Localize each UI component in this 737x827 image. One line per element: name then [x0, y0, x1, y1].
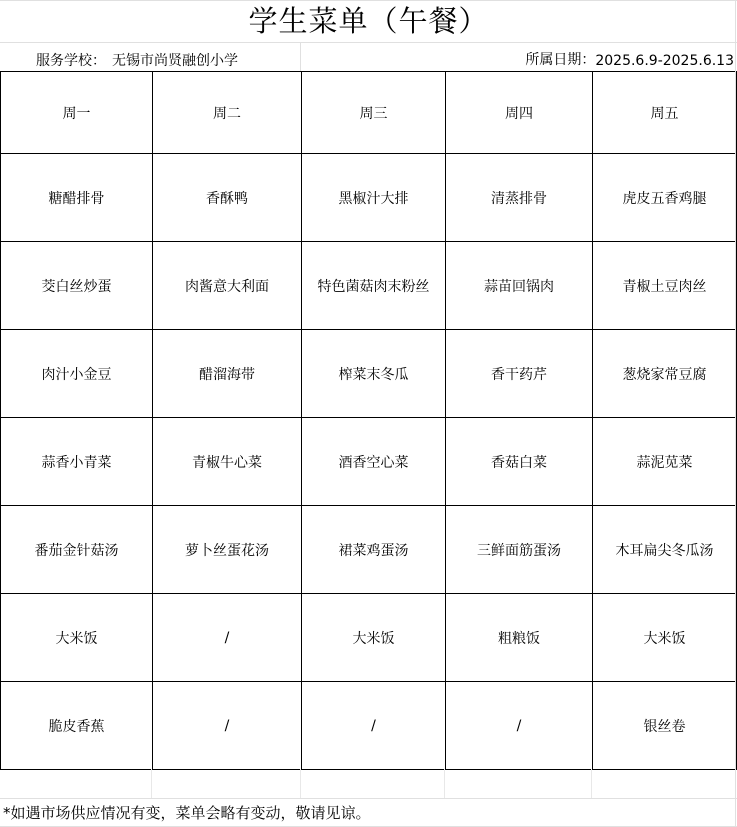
- menu-cell: 银丝卷: [593, 682, 737, 770]
- menu-cell: 虎皮五香鸡腿: [593, 154, 737, 242]
- menu-row-side1: 茭白丝炒蛋 肉酱意大利面 特色菌菇肉末粉丝 蒜苗回锅肉 青椒土豆肉丝: [1, 242, 737, 330]
- school-name: 无锡市尚贤融创小学: [112, 50, 238, 70]
- empty-cell: [301, 769, 445, 798]
- empty-cell: [152, 769, 301, 798]
- date-label: 所属日期：: [525, 49, 595, 69]
- menu-row-side2: 肉汁小金豆 醋溜海带 榨菜末冬瓜 香干药芹 葱烧家常豆腐: [1, 330, 737, 418]
- info-row: 服务学校： 无锡市尚贤融创小学 所属日期： 2025.6.9-2025.6.13: [0, 43, 737, 71]
- school-info: 服务学校： 无锡市尚贤融创小学: [0, 43, 301, 71]
- menu-cell: /: [446, 682, 593, 770]
- empty-cell: [445, 769, 592, 798]
- menu-cell: 大米饭: [1, 594, 153, 682]
- menu-cell: 茭白丝炒蛋: [1, 242, 153, 330]
- menu-cell: 粗粮饭: [446, 594, 593, 682]
- empty-cell: [0, 769, 152, 798]
- page-title: 学生菜单（午餐）: [248, 7, 488, 36]
- footnote: *如遇市场供应情况有变，菜单会略有变动，敬请见谅。: [0, 799, 737, 827]
- menu-cell: 醋溜海带: [153, 330, 302, 418]
- menu-cell: 青椒土豆肉丝: [593, 242, 737, 330]
- menu-cell: 肉汁小金豆: [1, 330, 153, 418]
- day-header-row: 周一 周二 周三 周四 周五: [1, 72, 737, 154]
- menu-cell: 三鲜面筋蛋汤: [446, 506, 593, 594]
- menu-cell: 番茄金针菇汤: [1, 506, 153, 594]
- date-info: 所属日期： 2025.6.9-2025.6.13: [301, 43, 737, 71]
- menu-cell: 大米饭: [593, 594, 737, 682]
- menu-cell: 大米饭: [302, 594, 446, 682]
- menu-cell: 清蒸排骨: [446, 154, 593, 242]
- day-header-tue: 周二: [153, 72, 302, 154]
- menu-cell: /: [153, 682, 302, 770]
- menu-row-main: 糖醋排骨 香酥鸭 黑椒汁大排 清蒸排骨 虎皮五香鸡腿: [1, 154, 737, 242]
- menu-cell: 特色菌菇肉末粉丝: [302, 242, 446, 330]
- sheet-right-gridline: [735, 0, 736, 827]
- school-label: 服务学校：: [36, 50, 106, 70]
- menu-cell: 木耳扁尖冬瓜汤: [593, 506, 737, 594]
- menu-row-snack: 脆皮香蕉 / / / 银丝卷: [1, 682, 737, 770]
- menu-cell: /: [302, 682, 446, 770]
- menu-cell: 蒜苗回锅肉: [446, 242, 593, 330]
- menu-cell: 青椒牛心菜: [153, 418, 302, 506]
- title-row: 学生菜单（午餐）: [0, 0, 737, 43]
- menu-cell: 葱烧家常豆腐: [593, 330, 737, 418]
- menu-row-staple: 大米饭 / 大米饭 粗粮饭 大米饭: [1, 594, 737, 682]
- menu-table: 周一 周二 周三 周四 周五 糖醋排骨 香酥鸭 黑椒汁大排 清蒸排骨 虎皮五香鸡…: [0, 71, 737, 770]
- menu-cell: 糖醋排骨: [1, 154, 153, 242]
- day-header-wed: 周三: [302, 72, 446, 154]
- menu-cell: 蒜泥苋菜: [593, 418, 737, 506]
- menu-cell: 酒香空心菜: [302, 418, 446, 506]
- menu-cell: 萝卜丝蛋花汤: [153, 506, 302, 594]
- menu-cell: 蒜香小青菜: [1, 418, 153, 506]
- menu-cell: /: [153, 594, 302, 682]
- date-range: 2025.6.9-2025.6.13: [595, 53, 734, 69]
- menu-cell: 榨菜末冬瓜: [302, 330, 446, 418]
- day-header-thu: 周四: [446, 72, 593, 154]
- menu-row-soup: 番茄金针菇汤 萝卜丝蛋花汤 裙菜鸡蛋汤 三鲜面筋蛋汤 木耳扁尖冬瓜汤: [1, 506, 737, 594]
- menu-cell: 裙菜鸡蛋汤: [302, 506, 446, 594]
- day-header-fri: 周五: [593, 72, 737, 154]
- menu-cell: 香酥鸭: [153, 154, 302, 242]
- menu-cell: 香干药芹: [446, 330, 593, 418]
- menu-cell: 脆皮香蕉: [1, 682, 153, 770]
- menu-cell: 香菇白菜: [446, 418, 593, 506]
- empty-cell: [592, 769, 736, 798]
- menu-row-vegetable: 蒜香小青菜 青椒牛心菜 酒香空心菜 香菇白菜 蒜泥苋菜: [1, 418, 737, 506]
- menu-cell: 肉酱意大利面: [153, 242, 302, 330]
- empty-spacer-row: [0, 769, 737, 799]
- day-header-mon: 周一: [1, 72, 153, 154]
- menu-cell: 黑椒汁大排: [302, 154, 446, 242]
